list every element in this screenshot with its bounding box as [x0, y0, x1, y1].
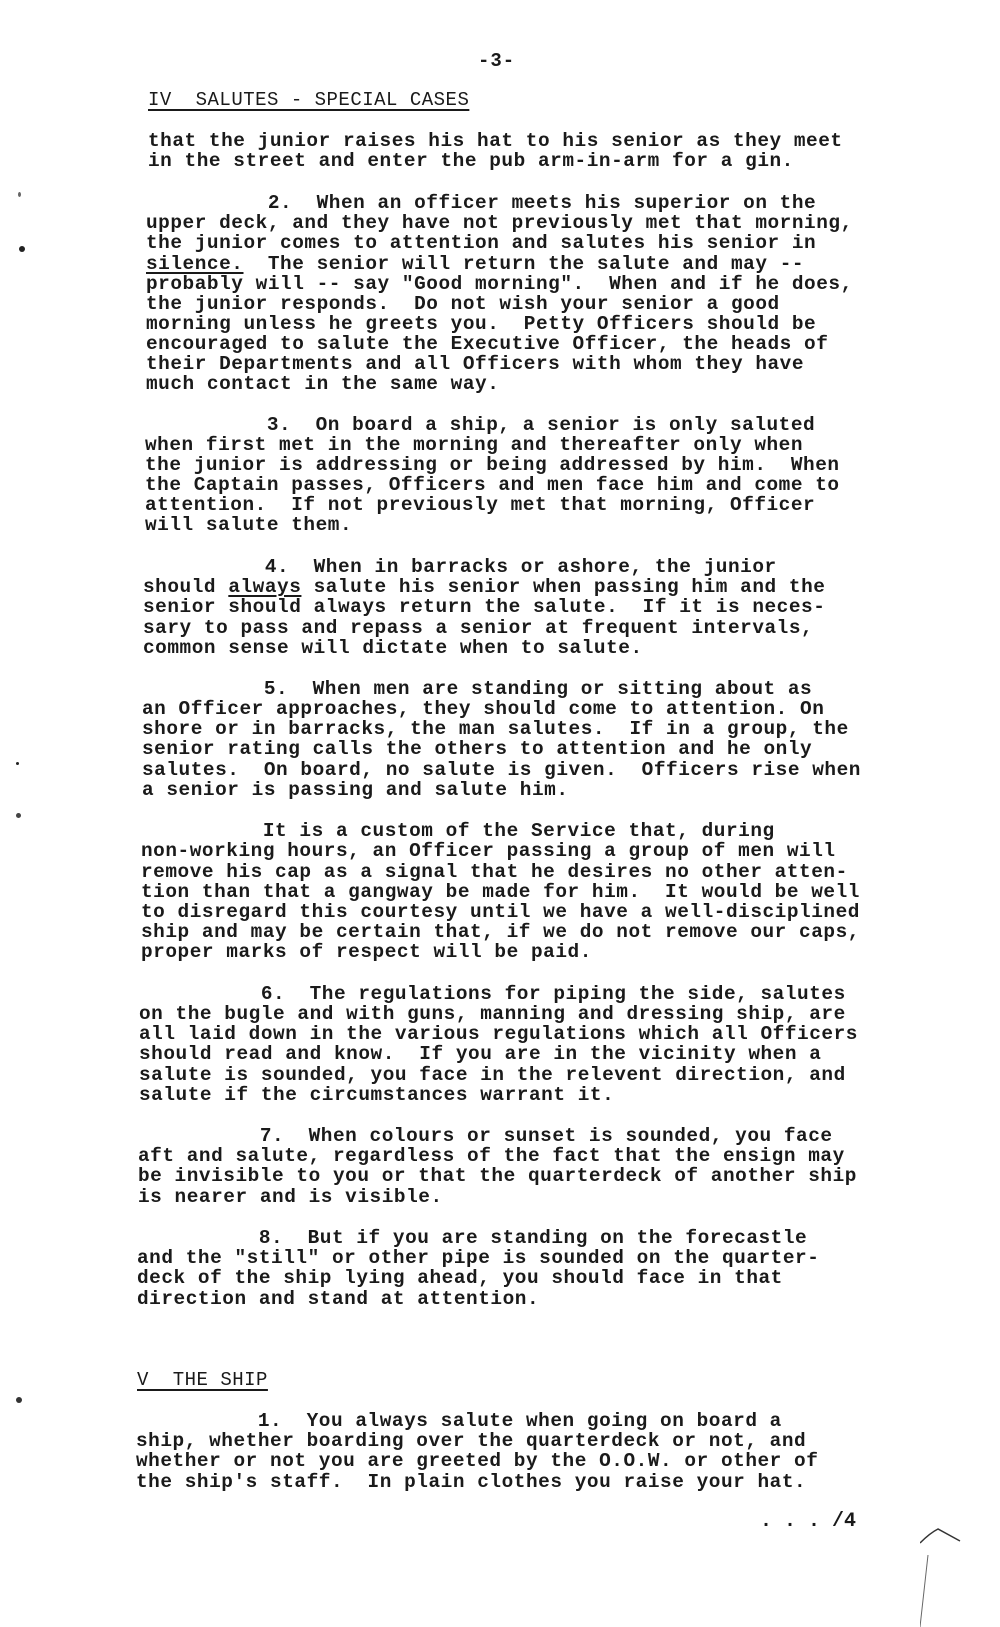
text-line: a senior is passing and salute him. [142, 780, 569, 801]
text-line: 1. You always salute when going on board… [136, 1411, 782, 1432]
text-line: common sense will dictate when to salute… [143, 638, 643, 659]
text-line: non-working hours, an Officer passing a … [141, 841, 836, 862]
text-line: sary to pass and repass a senior at freq… [143, 618, 813, 639]
text-line: upper deck, and they have not previously… [146, 213, 853, 234]
text-line: salutes. On board, no salute is given. O… [142, 760, 861, 781]
text-line: an Officer approaches, they should come … [142, 699, 824, 720]
margin-speck [16, 813, 21, 818]
text-line: probably will -- say "Good morning". Whe… [146, 274, 853, 295]
text-line-prefix: should [143, 576, 228, 598]
text-line-rest: The senior will return the salute and ma… [244, 253, 805, 275]
text-line: 6. The regulations for piping the side, … [139, 984, 846, 1005]
text-line: encouraged to salute the Executive Offic… [146, 334, 828, 355]
text-line: attention. If not previously met that mo… [145, 495, 815, 516]
section-heading-v: V THE SHIP [137, 1369, 268, 1391]
text-line: 7. When colours or sunset is sounded, yo… [138, 1126, 833, 1147]
text-line: ship and may be certain that, if we do n… [141, 922, 860, 943]
text-line: deck of the ship lying ahead, you should… [137, 1268, 783, 1289]
text-line-with-underline: should always salute his senior when pas… [143, 577, 825, 598]
text-line: It is a custom of the Service that, duri… [141, 821, 775, 842]
section-heading-iv: IV SALUTES - SPECIAL CASES [148, 89, 469, 111]
text-line: the junior responds. Do not wish your se… [146, 294, 780, 315]
text-line: and the "still" or other pipe is sounded… [137, 1248, 819, 1269]
continuation-marker: . . . /4 [760, 1510, 856, 1533]
document-page: -3- IV SALUTES - SPECIAL CASES that the … [0, 0, 1000, 1627]
text-line: when first met in the morning and therea… [145, 435, 803, 456]
text-line: morning unless he greets you. Petty Offi… [146, 314, 816, 335]
text-line: tion than that a gangway be made for him… [141, 882, 860, 903]
margin-speck [16, 762, 19, 765]
text-line-with-underline: silence. The senior will return the salu… [146, 254, 804, 275]
text-line: will salute them. [145, 515, 352, 536]
text-line: should read and know. If you are in the … [139, 1044, 821, 1065]
text-line: 5. When men are standing or sitting abou… [142, 679, 812, 700]
page-number: -3- [478, 50, 515, 72]
text-line: salute is sounded, you face in the relev… [139, 1065, 846, 1086]
text-line: direction and stand at attention. [137, 1289, 539, 1310]
text-line: ship, whether boarding over the quarterd… [136, 1431, 806, 1452]
margin-speck [18, 192, 21, 197]
text-line: that the junior raises his hat to his se… [148, 131, 843, 152]
text-line: the junior is addressing or being addres… [145, 455, 840, 476]
text-line: aft and salute, regardless of the fact t… [138, 1146, 845, 1167]
text-line: proper marks of respect will be paid. [141, 942, 592, 963]
text-line: be invisible to you or that the quarterd… [138, 1166, 857, 1187]
text-line: 2. When an officer meets his superior on… [146, 193, 816, 214]
text-line: senior should always return the salute. … [143, 597, 825, 618]
underlined-word-always: always [228, 576, 301, 598]
text-line: 4. When in barracks or ashore, the junio… [143, 557, 777, 578]
text-line: senior rating calls the others to attent… [142, 739, 812, 760]
text-line: the junior comes to attention and salute… [146, 233, 816, 254]
text-line: all laid down in the various regulations… [139, 1024, 858, 1045]
text-line: shore or in barracks, the man salutes. I… [142, 719, 849, 740]
text-line: is nearer and is visible. [138, 1187, 443, 1208]
margin-punch-mark [16, 1397, 22, 1403]
text-line: whether or not you are greeted by the O.… [136, 1451, 818, 1472]
text-line: to disregard this courtesy until we have… [141, 902, 860, 923]
text-line: in the street and enter the pub arm-in-a… [148, 151, 794, 172]
text-line: 3. On board a ship, a senior is only sal… [145, 415, 815, 436]
text-line: their Departments and all Officers with … [146, 354, 804, 375]
text-line-rest: salute his senior when passing him and t… [301, 576, 825, 598]
margin-punch-mark [19, 246, 25, 252]
text-line: the Captain passes, Officers and men fac… [145, 475, 840, 496]
text-line: salute if the circumstances warrant it. [139, 1085, 614, 1106]
text-line: much contact in the same way. [146, 374, 499, 395]
underlined-word-silence: silence. [146, 253, 244, 275]
text-line: on the bugle and with guns, manning and … [139, 1004, 846, 1025]
text-line: 8. But if you are standing on the foreca… [137, 1228, 807, 1249]
text-line: remove his cap as a signal that he desir… [141, 862, 848, 883]
page-corner-curl-icon [920, 1525, 1000, 1627]
text-line: the ship's staff. In plain clothes you r… [136, 1472, 806, 1493]
